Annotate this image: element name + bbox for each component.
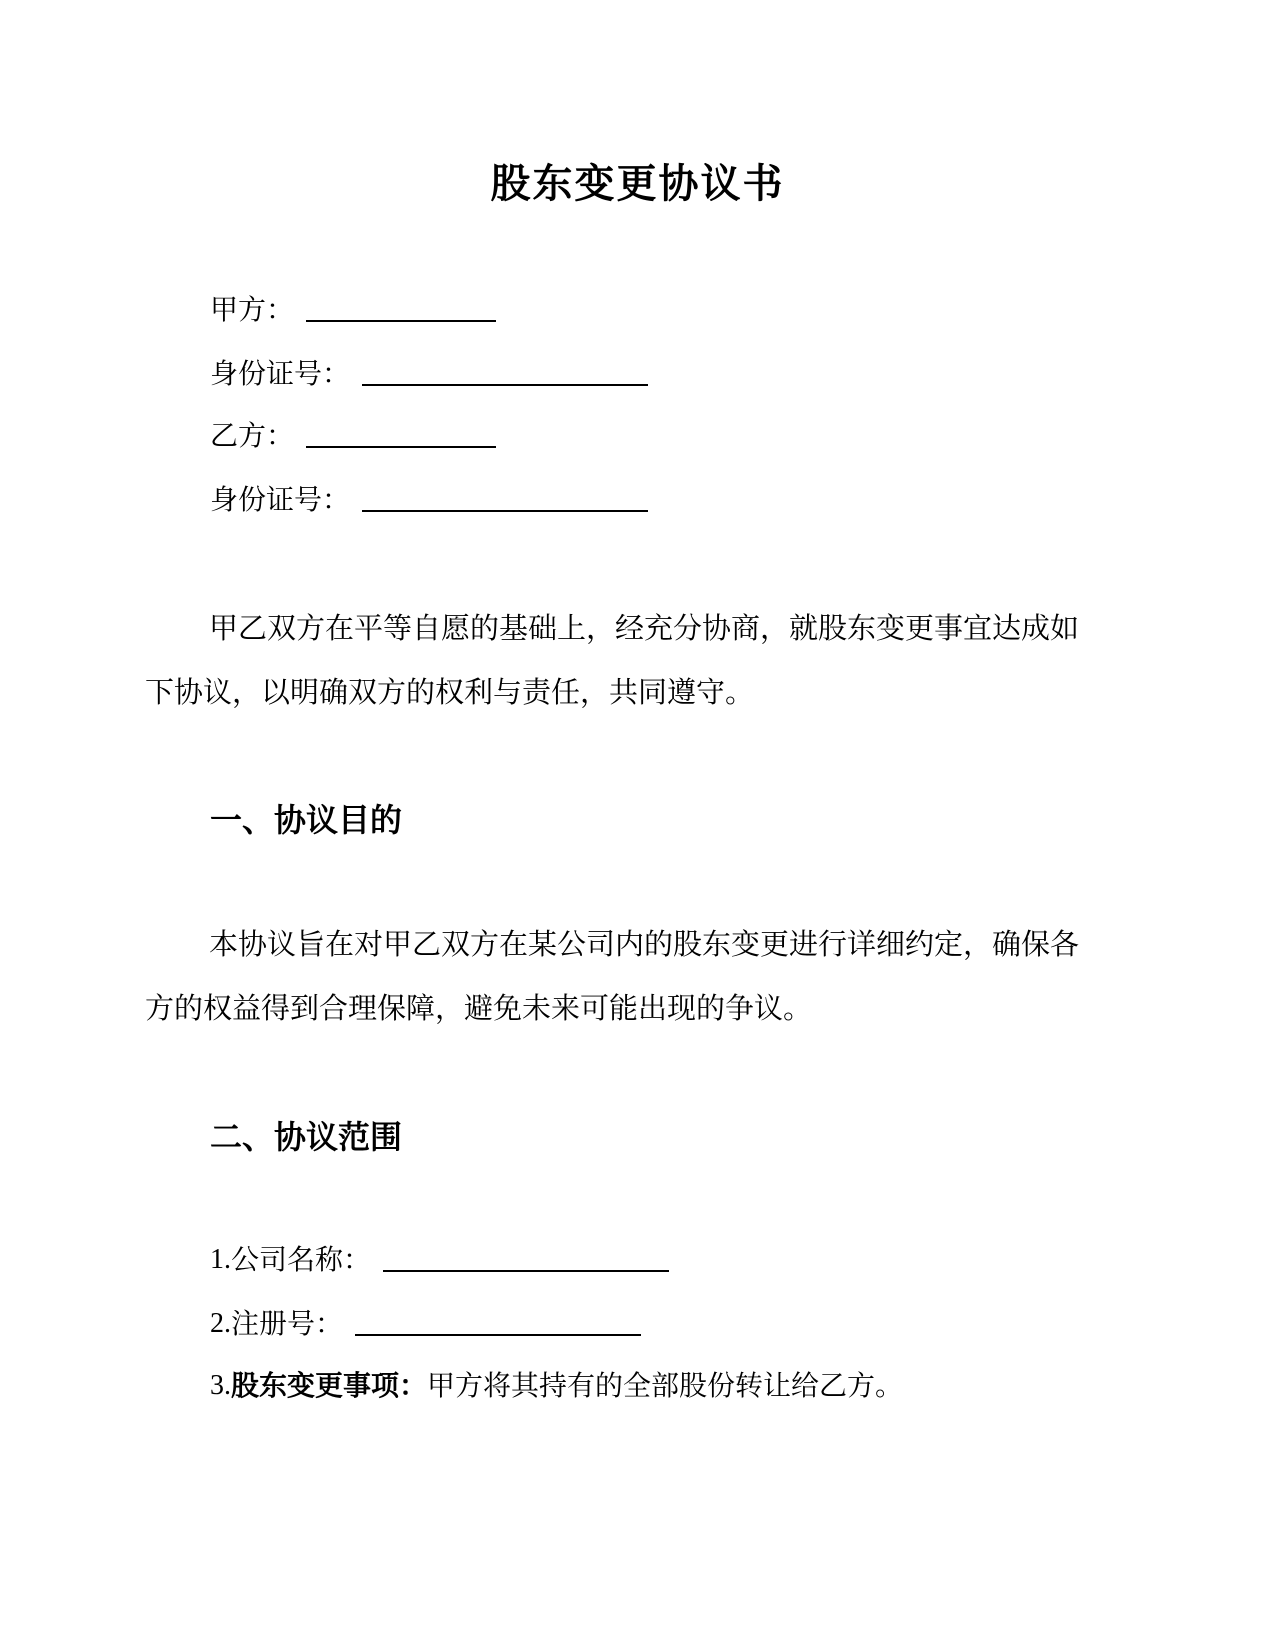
- party-a-id-blank[interactable]: [362, 362, 648, 386]
- registration-number-blank[interactable]: [355, 1312, 641, 1336]
- party-b-blank[interactable]: [306, 424, 496, 448]
- party-a-id-field: 身份证号：: [210, 354, 648, 394]
- party-b-id-label: 身份证号：: [210, 480, 350, 520]
- company-name-label: 公司名称：: [231, 1240, 371, 1280]
- company-name-blank[interactable]: [383, 1248, 669, 1272]
- item-3-number: 3.: [210, 1366, 231, 1406]
- company-name-field: 1. 公司名称：: [210, 1240, 669, 1280]
- shareholder-change-value: 甲方将其持有的全部股份转让给乙方。: [427, 1366, 903, 1406]
- section-1-body: 本协议旨在对甲乙双方在某公司内的股东变更进行详细约定，确保各方的权益得到合理保障…: [145, 912, 1085, 1040]
- item-2-number: 2.: [210, 1304, 231, 1344]
- section-2-heading: 二、协议范围: [210, 1112, 402, 1158]
- party-b-field: 乙方：: [210, 416, 496, 456]
- party-b-id-field: 身份证号：: [210, 480, 648, 520]
- shareholder-change-field: 3. 股东变更事项： 甲方将其持有的全部股份转让给乙方。: [210, 1366, 903, 1406]
- shareholder-change-label: 股东变更事项：: [231, 1366, 427, 1406]
- party-a-label: 甲方：: [210, 290, 294, 330]
- party-a-id-label: 身份证号：: [210, 354, 350, 394]
- party-a-blank[interactable]: [306, 298, 496, 322]
- party-b-id-blank[interactable]: [362, 488, 648, 512]
- section-1-heading: 一、协议目的: [210, 795, 402, 841]
- item-1-number: 1.: [210, 1240, 231, 1280]
- intro-paragraph: 甲乙双方在平等自愿的基础上，经充分协商，就股东变更事宜达成如下协议，以明确双方的…: [145, 596, 1085, 724]
- document-title: 股东变更协议书: [0, 152, 1275, 209]
- registration-number-label: 注册号：: [231, 1304, 343, 1344]
- registration-number-field: 2. 注册号：: [210, 1304, 641, 1344]
- party-a-field: 甲方：: [210, 290, 496, 330]
- party-b-label: 乙方：: [210, 416, 294, 456]
